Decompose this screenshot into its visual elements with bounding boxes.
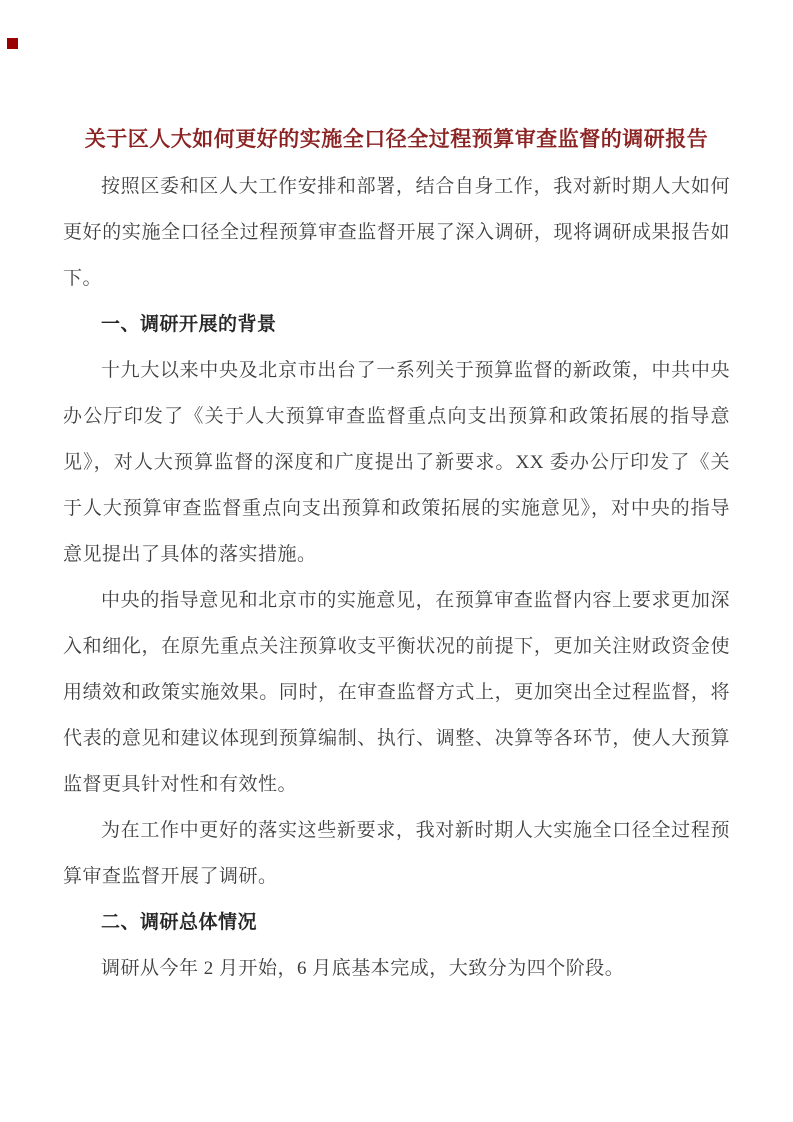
- paragraph-policy-documents: 十九大以来中央及北京市出台了一系列关于预算监督的新政策，中共中央办公厅印发了《关…: [63, 348, 730, 578]
- paragraph-research-timeline: 调研从今年 2 月开始，6 月底基本完成，大致分为四个阶段。: [63, 946, 730, 992]
- red-square-marker: [7, 38, 18, 49]
- report-title: 关于区人大如何更好的实施全口径全过程预算审查监督的调研报告: [63, 116, 730, 162]
- report-page: 关于区人大如何更好的实施全口径全过程预算审查监督的调研报告 按照区委和区人大工作…: [0, 0, 793, 992]
- paragraph-research-purpose: 为在工作中更好的落实这些新要求，我对新时期人大实施全口径全过程预算审查监督开展了…: [63, 808, 730, 900]
- section-heading-background: 一、调研开展的背景: [63, 302, 730, 348]
- section-heading-overview: 二、调研总体情况: [63, 900, 730, 946]
- document-page: { "page": { "background": "#ffffff", "co…: [0, 0, 793, 1122]
- paragraph-guidance-details: 中央的指导意见和北京市的实施意见，在预算审查监督内容上要求更加深入和细化，在原先…: [63, 578, 730, 808]
- paragraph-intro: 按照区委和区人大工作安排和部署，结合自身工作，我对新时期人大如何更好的实施全口径…: [63, 164, 730, 302]
